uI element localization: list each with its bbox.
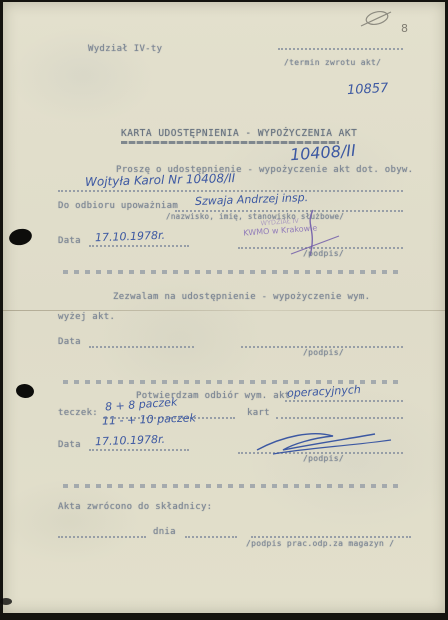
dotted-line <box>251 534 411 538</box>
approval-date-label: Data <box>58 337 81 347</box>
cards-label: kart <box>247 408 270 418</box>
return-date-word: dnia <box>153 527 176 537</box>
dashed-separator <box>63 270 403 274</box>
hole-punch-mark <box>15 383 35 399</box>
pencil-page-number: 8 <box>401 22 408 35</box>
handwritten-receipt-date: 17.10.1978r. <box>95 433 165 448</box>
pencil-scribble-icon <box>355 6 395 30</box>
return-deadline-caption: /termin zwrotu akt/ <box>284 58 381 67</box>
handwritten-subject-name: Wojtyła Karol Nr 10408/II <box>85 171 236 189</box>
document-title: KARTA UDOSTĘPNIENIA - WYPOŻYCZENIA AKT <box>121 128 357 139</box>
approval-signature-caption: /podpis/ <box>303 348 344 357</box>
request-signature-caption: /podpis/ <box>303 249 344 258</box>
approval-line2: wyżej akt. <box>58 312 115 322</box>
hole-punch-mark <box>8 227 34 247</box>
receipt-date-label: Data <box>58 440 81 450</box>
dotted-line <box>89 344 194 348</box>
return-signature-caption: /podpis prac.odp.za magazyn / <box>246 539 394 548</box>
department-label: Wydział IV-ty <box>88 44 162 54</box>
ink-smudge <box>0 598 12 605</box>
handwritten-registry-number: 10857 <box>347 81 389 98</box>
request-date-label: Data <box>58 236 81 246</box>
dotted-line <box>278 46 403 50</box>
dotted-line <box>185 534 237 538</box>
handwritten-folders-count-2: 11 - + 10 paczek <box>102 411 196 427</box>
handwritten-request-date: 17.10.1978r. <box>95 229 165 244</box>
dotted-line <box>58 534 146 538</box>
authorize-label: Do odbioru upoważniam <box>58 201 178 211</box>
dotted-line <box>276 415 403 419</box>
dotted-line <box>58 188 403 192</box>
return-line: Akta zwrócono do składnicy: <box>58 502 212 512</box>
receipt-signature-caption: /podpis/ <box>303 454 344 463</box>
approval-line1: Zezwalam na udostępnienie - wypożyczenie… <box>113 292 370 302</box>
folders-label: teczek: <box>58 408 98 418</box>
scanned-document-page: 8 Wydział IV-ty /termin zwrotu akt/ 1085… <box>3 2 445 613</box>
handwritten-folders-count-1: 8 + 8 paczek <box>105 395 178 413</box>
handwritten-authorized-person: Szwaja Andrzej insp. <box>195 191 309 208</box>
dashed-separator <box>63 484 403 488</box>
handwritten-case-number: 10408/II <box>289 141 356 165</box>
fold-crease <box>3 310 445 311</box>
